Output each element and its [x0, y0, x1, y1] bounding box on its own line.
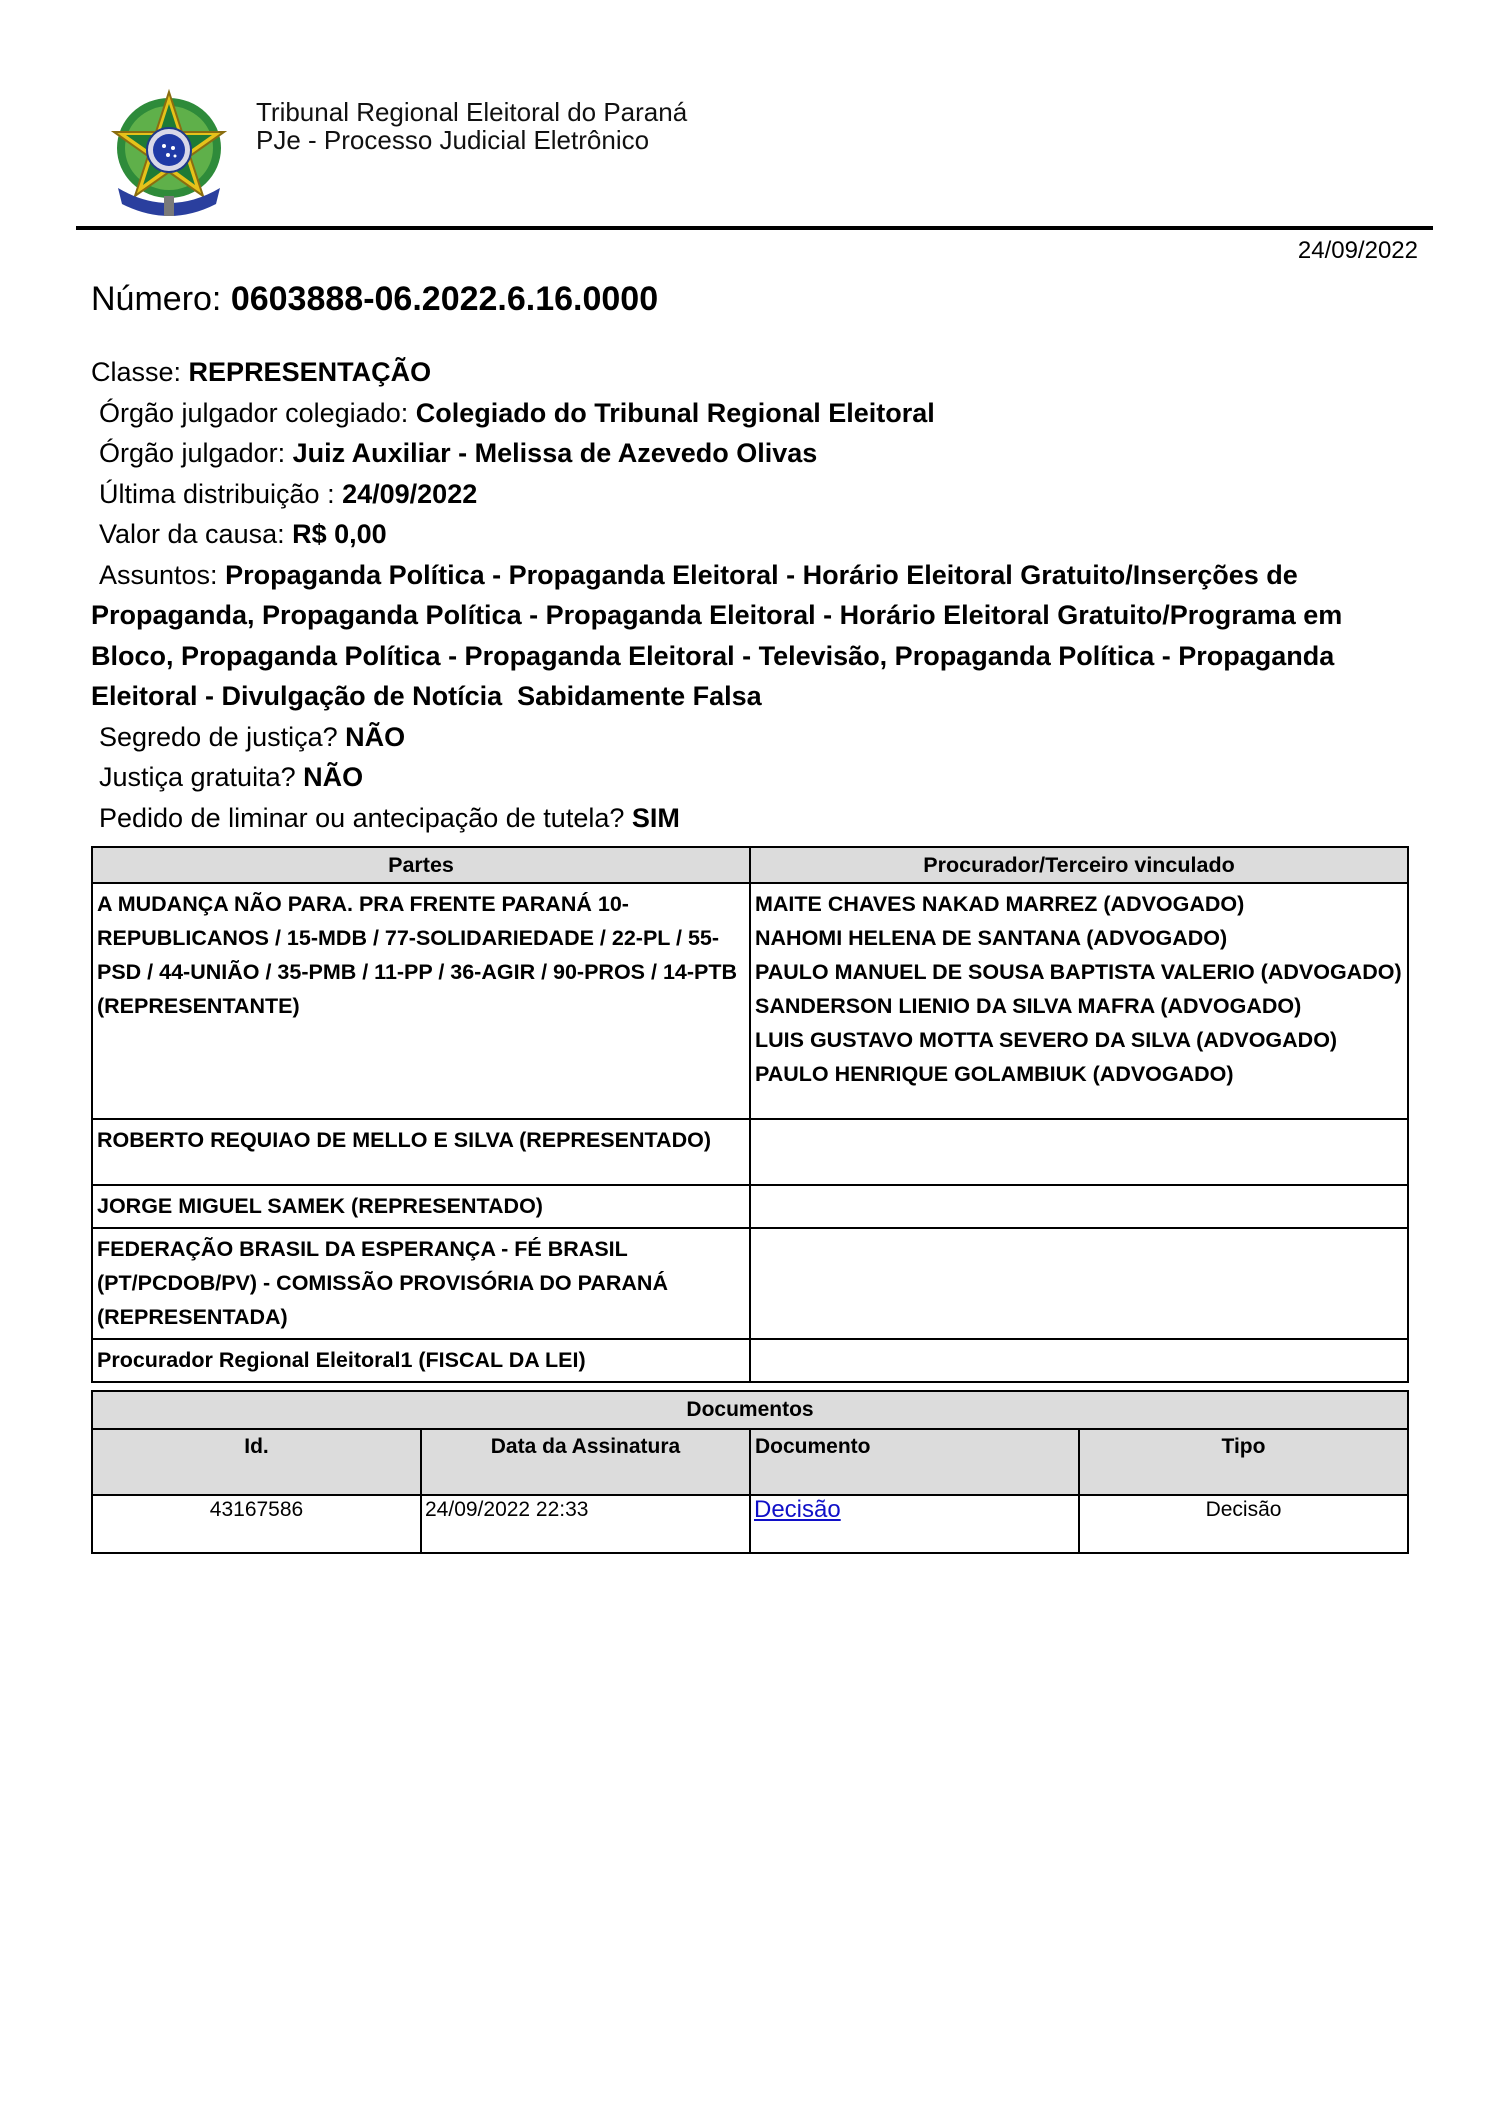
procurador-cell: MAITE CHAVES NAKAD MARREZ (ADVOGADO) NAH… — [750, 883, 1408, 1119]
meta-value: Colegiado do Tribunal Regional Eleitoral — [416, 398, 935, 428]
procurador-name: MAITE CHAVES NAKAD MARREZ (ADVOGADO) — [755, 887, 1403, 921]
procurador-cell — [750, 1185, 1408, 1228]
meta-value: R$ 0,00 — [292, 519, 387, 549]
meta-label: Órgão julgador colegiado: — [99, 398, 416, 428]
procurador-cell — [750, 1119, 1408, 1185]
meta-value: NÃO — [303, 762, 363, 792]
column-header-procurador: Procurador/Terceiro vinculado — [750, 847, 1408, 883]
table-row: Procurador Regional Eleitoral1 (FISCAL D… — [92, 1339, 1408, 1382]
meta-classe: Classe: REPRESENTAÇÃO — [91, 352, 1421, 393]
meta-segredo-justica: Segredo de justiça? NÃO — [91, 717, 1421, 758]
procurador-cell — [750, 1228, 1408, 1339]
meta-valor-causa: Valor da causa: R$ 0,00 — [91, 514, 1421, 555]
table-row: 43167586 24/09/2022 22:33 Decisão Decisã… — [92, 1495, 1408, 1553]
meta-orgao-julgador: Órgão julgador: Juiz Auxiliar - Melissa … — [91, 433, 1421, 474]
procurador-name: PAULO HENRIQUE GOLAMBIUK (ADVOGADO) — [755, 1057, 1403, 1091]
parte-cell: Procurador Regional Eleitoral1 (FISCAL D… — [92, 1339, 750, 1382]
procurador-cell — [750, 1339, 1408, 1382]
meta-value: Propaganda Política - Propaganda Eleitor… — [91, 560, 1350, 712]
meta-value: SIM — [632, 803, 680, 833]
meta-label: Assuntos: — [91, 560, 225, 590]
meta-label: Órgão julgador: — [99, 438, 293, 468]
print-date: 24/09/2022 — [1298, 237, 1418, 265]
meta-label: Classe: — [91, 357, 189, 387]
table-row: ROBERTO REQUIAO DE MELLO E SILVA (REPRES… — [92, 1119, 1408, 1185]
document-type: Decisão — [1079, 1495, 1408, 1553]
meta-value: NÃO — [345, 722, 405, 752]
procurador-name: LUIS GUSTAVO MOTTA SEVERO DA SILVA (ADVO… — [755, 1023, 1403, 1057]
documentos-title-row: Documentos — [92, 1391, 1408, 1429]
column-header-documento: Documento — [750, 1429, 1079, 1495]
meta-orgao-colegiado: Órgão julgador colegiado: Colegiado do T… — [91, 393, 1421, 434]
meta-pedido-liminar: Pedido de liminar ou antecipação de tute… — [91, 798, 1421, 839]
meta-ultima-distribuicao: Última distribuição : 24/09/2022 — [91, 474, 1421, 515]
meta-label: Valor da causa: — [99, 519, 292, 549]
meta-value: 24/09/2022 — [342, 479, 477, 509]
meta-value: REPRESENTAÇÃO — [189, 357, 432, 387]
documentos-title: Documentos — [92, 1391, 1408, 1429]
column-header-tipo: Tipo — [1079, 1429, 1408, 1495]
meta-label: Justiça gratuita? — [99, 762, 303, 792]
meta-label: Segredo de justiça? — [99, 722, 345, 752]
parte-cell: ROBERTO REQUIAO DE MELLO E SILVA (REPRES… — [92, 1119, 750, 1185]
meta-label: Pedido de liminar ou antecipação de tute… — [99, 803, 632, 833]
table-row: JORGE MIGUEL SAMEK (REPRESENTADO) — [92, 1185, 1408, 1228]
process-number-value: 0603888-06.2022.6.16.0000 — [231, 280, 658, 318]
parte-cell: FEDERAÇÃO BRASIL DA ESPERANÇA - FÉ BRASI… — [92, 1228, 750, 1339]
meta-assuntos: Assuntos: Propaganda Política - Propagan… — [91, 555, 1421, 717]
document-cell: Decisão — [750, 1495, 1079, 1553]
procurador-name: NAHOMI HELENA DE SANTANA (ADVOGADO) — [755, 921, 1403, 955]
header-title-block: Tribunal Regional Eleitoral do Paraná PJ… — [256, 98, 687, 154]
document-link[interactable]: Decisão — [754, 1496, 841, 1523]
table-row: FEDERAÇÃO BRASIL DA ESPERANÇA - FÉ BRASI… — [92, 1228, 1408, 1339]
process-number-label: Número: — [91, 280, 231, 318]
partes-header-row: Partes Procurador/Terceiro vinculado — [92, 847, 1408, 883]
meta-value: Juiz Auxiliar - Melissa de Azevedo Oliva… — [293, 438, 818, 468]
parte-cell: A MUDANÇA NÃO PARA. PRA FRENTE PARANÁ 10… — [92, 883, 750, 1119]
meta-justica-gratuita: Justiça gratuita? NÃO — [91, 757, 1421, 798]
process-metadata: Classe: REPRESENTAÇÃO Órgão julgador col… — [91, 352, 1421, 838]
procurador-name: PAULO MANUEL DE SOUSA BAPTISTA VALERIO (… — [755, 955, 1403, 989]
column-header-id: Id. — [92, 1429, 421, 1495]
column-header-data-assinatura: Data da Assinatura — [421, 1429, 750, 1495]
procurador-name: SANDERSON LIENIO DA SILVA MAFRA (ADVOGAD… — [755, 989, 1403, 1023]
documentos-table: Documentos Id. Data da Assinatura Docume… — [91, 1390, 1409, 1554]
table-row: A MUDANÇA NÃO PARA. PRA FRENTE PARANÁ 10… — [92, 883, 1408, 1119]
process-number: Número: 0603888-06.2022.6.16.0000 — [91, 280, 658, 319]
header-divider — [76, 226, 1433, 230]
documentos-header-row: Id. Data da Assinatura Documento Tipo — [92, 1429, 1408, 1495]
document-signature-date: 24/09/2022 22:33 — [421, 1495, 750, 1553]
column-header-partes: Partes — [92, 847, 750, 883]
brazil-coat-of-arms-icon — [104, 88, 234, 224]
partes-table: Partes Procurador/Terceiro vinculado A M… — [91, 846, 1409, 1383]
document-id: 43167586 — [92, 1495, 421, 1553]
meta-label: Última distribuição : — [99, 479, 342, 509]
system-name: PJe - Processo Judicial Eletrônico — [256, 126, 687, 154]
parte-cell: JORGE MIGUEL SAMEK (REPRESENTADO) — [92, 1185, 750, 1228]
court-name: Tribunal Regional Eleitoral do Paraná — [256, 98, 687, 126]
